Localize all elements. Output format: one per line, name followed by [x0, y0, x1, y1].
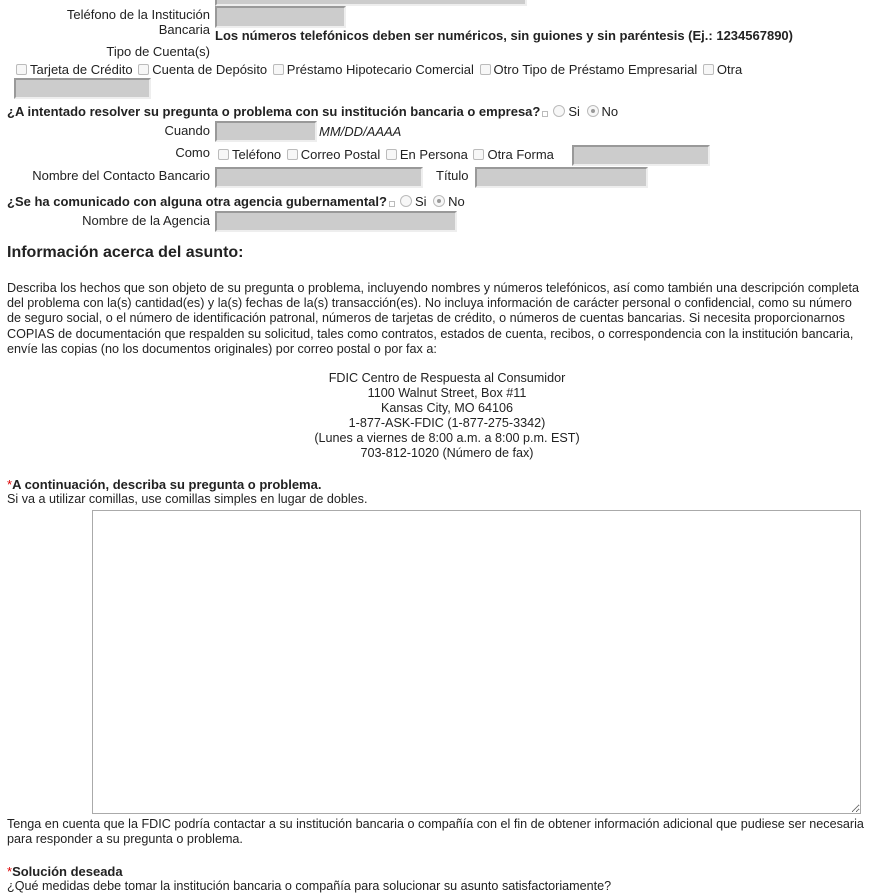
- how-option[interactable]: Correo Postal: [285, 147, 380, 162]
- checkbox-icon[interactable]: [703, 64, 714, 75]
- bank-phone-hint: Los números telefónicos deben ser numéri…: [215, 28, 793, 44]
- account-option[interactable]: Otro Tipo de Préstamo Empresarial: [478, 62, 698, 77]
- solution-label: *Solución deseada: [7, 864, 123, 879]
- problem-label: *A continuación, describa su pregunta o …: [7, 477, 321, 492]
- checkbox-icon[interactable]: [16, 64, 27, 75]
- checkbox-icon[interactable]: [273, 64, 284, 75]
- how-option[interactable]: En Persona: [384, 147, 468, 162]
- date-format-hint: MM/DD/AAAA: [319, 124, 401, 139]
- help-icon: [542, 111, 548, 117]
- issue-info-heading: Información acerca del asunto:: [7, 244, 244, 262]
- checkbox-icon[interactable]: [138, 64, 149, 75]
- gov-agency-question: ¿Se ha comunicado con alguna otra agenci…: [7, 194, 465, 210]
- checkbox-icon[interactable]: [287, 149, 298, 160]
- other-form-input[interactable]: [572, 145, 710, 166]
- account-option[interactable]: Préstamo Hipotecario Comercial: [271, 62, 474, 77]
- checkbox-icon[interactable]: [386, 149, 397, 160]
- how-options: Teléfono Correo Postal En Persona Otra F…: [216, 147, 554, 163]
- how-option[interactable]: Teléfono: [216, 147, 281, 162]
- help-icon: [389, 201, 395, 207]
- radio-yes[interactable]: [400, 195, 412, 207]
- solution-hint: ¿Qué medidas debe tomar la institución b…: [7, 879, 611, 893]
- contact-input[interactable]: [215, 167, 423, 188]
- how-label: Como: [40, 145, 210, 160]
- problem-hint: Si va a utilizar comillas, use comillas …: [7, 492, 367, 506]
- account-option[interactable]: Otra: [701, 62, 742, 77]
- account-type-options: Tarjeta de Crédito Cuenta de Depósito Pr…: [14, 62, 742, 78]
- bank-phone-input[interactable]: [215, 6, 346, 28]
- radio-no[interactable]: [433, 195, 445, 207]
- when-input[interactable]: [215, 121, 317, 142]
- account-option[interactable]: Cuenta de Depósito: [136, 62, 267, 77]
- problem-textarea[interactable]: [92, 510, 861, 814]
- when-label: Cuando: [40, 123, 210, 138]
- bank-phone-label: Teléfono de la Institución Bancaria: [40, 7, 210, 37]
- account-type-label: Tipo de Cuenta(s): [40, 44, 210, 59]
- agency-label: Nombre de la Agencia: [40, 213, 210, 228]
- how-option[interactable]: Otra Forma: [471, 147, 553, 162]
- radio-no[interactable]: [587, 105, 599, 117]
- fdic-address: FDIC Centro de Respuesta al Consumidor 1…: [0, 371, 894, 461]
- contact-label: Nombre del Contacto Bancario: [10, 168, 210, 183]
- problem-note: Tenga en cuenta que la FDIC podría conta…: [7, 817, 867, 847]
- checkbox-icon[interactable]: [218, 149, 229, 160]
- resolve-question: ¿A intentado resolver su pregunta o prob…: [7, 104, 618, 120]
- title-input[interactable]: [475, 167, 648, 188]
- agency-input[interactable]: [215, 211, 457, 232]
- radio-yes[interactable]: [553, 105, 565, 117]
- title-label: Título: [436, 168, 469, 183]
- account-option[interactable]: Tarjeta de Crédito: [14, 62, 133, 77]
- checkbox-icon[interactable]: [473, 149, 484, 160]
- account-other-input[interactable]: [14, 78, 151, 99]
- issue-description: Describa los hechos que son objeto de su…: [7, 281, 867, 357]
- checkbox-icon[interactable]: [480, 64, 491, 75]
